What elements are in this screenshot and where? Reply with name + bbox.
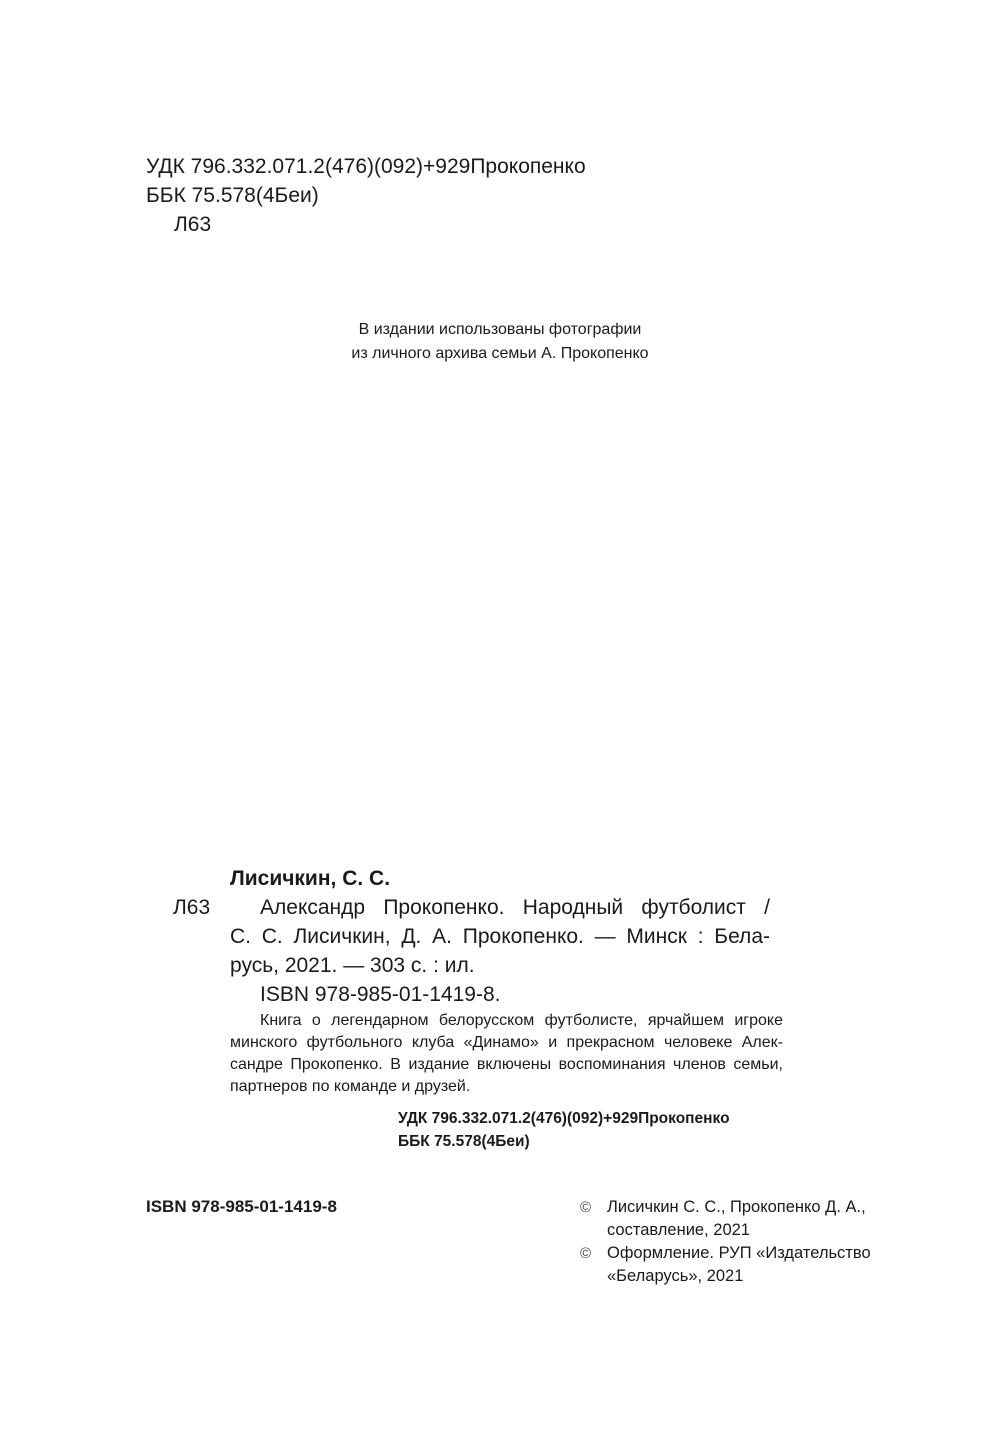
annotation-line: сандре Прокопенко. В издание включены во… (230, 1054, 783, 1076)
bbk-code: ББК 75.578(4Беи) (146, 181, 586, 210)
copyright-block: © Лисичкин С. С., Прокопенко Д. А., сост… (580, 1196, 871, 1288)
copyright-line: Оформление. РУП «Издательство (607, 1242, 871, 1265)
udk-code: УДК 796.332.071.2(476)(092)+929Прокопенк… (146, 152, 586, 181)
catalog-record: Лисичкин, С. С. Л63 Александр Прокопенко… (230, 864, 770, 1098)
annotation-line: Книга о легендарном белорусском футболис… (230, 1010, 783, 1032)
copyright-line: Лисичкин С. С., Прокопенко Д. А., (607, 1196, 871, 1219)
isbn-number: ISBN 978-985-01-1419-8 (146, 1196, 337, 1218)
copyright-line: «Беларусь», 2021 (607, 1265, 871, 1288)
copyright-icon: © (580, 1242, 591, 1265)
catalog-annotation: Книга о легендарном белорусском футболис… (230, 1010, 783, 1098)
photo-note-line-1: В издании использованы фотографии (0, 318, 1000, 342)
copyright-item: © Лисичкин С. С., Прокопенко Д. А., сост… (580, 1196, 871, 1242)
author-mark: Л63 (146, 210, 586, 239)
photo-credit-note: В издании использованы фотографии из лич… (0, 318, 1000, 366)
classification-footer: УДК 796.332.071.2(476)(092)+929Прокопенк… (398, 1107, 730, 1153)
copyright-item: © Оформление. РУП «Издательство «Беларус… (580, 1242, 871, 1288)
catalog-isbn-line: ISBN 978-985-01-1419-8. (230, 980, 770, 1009)
catalog-author: Лисичкин, С. С. (230, 864, 770, 893)
copyright-line: составление, 2021 (607, 1219, 871, 1242)
photo-note-line-2: из личного архива семьи А. Прокопенко (0, 342, 1000, 366)
annotation-line: партнеров по команде и друзей. (230, 1076, 783, 1098)
copyright-icon: © (580, 1196, 591, 1219)
classification-header: УДК 796.332.071.2(476)(092)+929Прокопенк… (146, 152, 586, 239)
udk-code-bold: УДК 796.332.071.2(476)(092)+929Прокопенк… (398, 1107, 730, 1130)
catalog-publication-line: русь, 2021. — 303 с. : ил. (230, 951, 770, 980)
catalog-title-line: Александр Прокопенко. Народный футболист… (230, 893, 770, 922)
annotation-line: минского футбольного клуба «Динамо» и пр… (230, 1032, 783, 1054)
catalog-responsibility-line: С. С. Лисичкин, Д. А. Прокопенко. — Минс… (230, 922, 770, 951)
bbk-code-bold: ББК 75.578(4Беи) (398, 1130, 730, 1153)
catalog-author-mark: Л63 (173, 893, 210, 922)
